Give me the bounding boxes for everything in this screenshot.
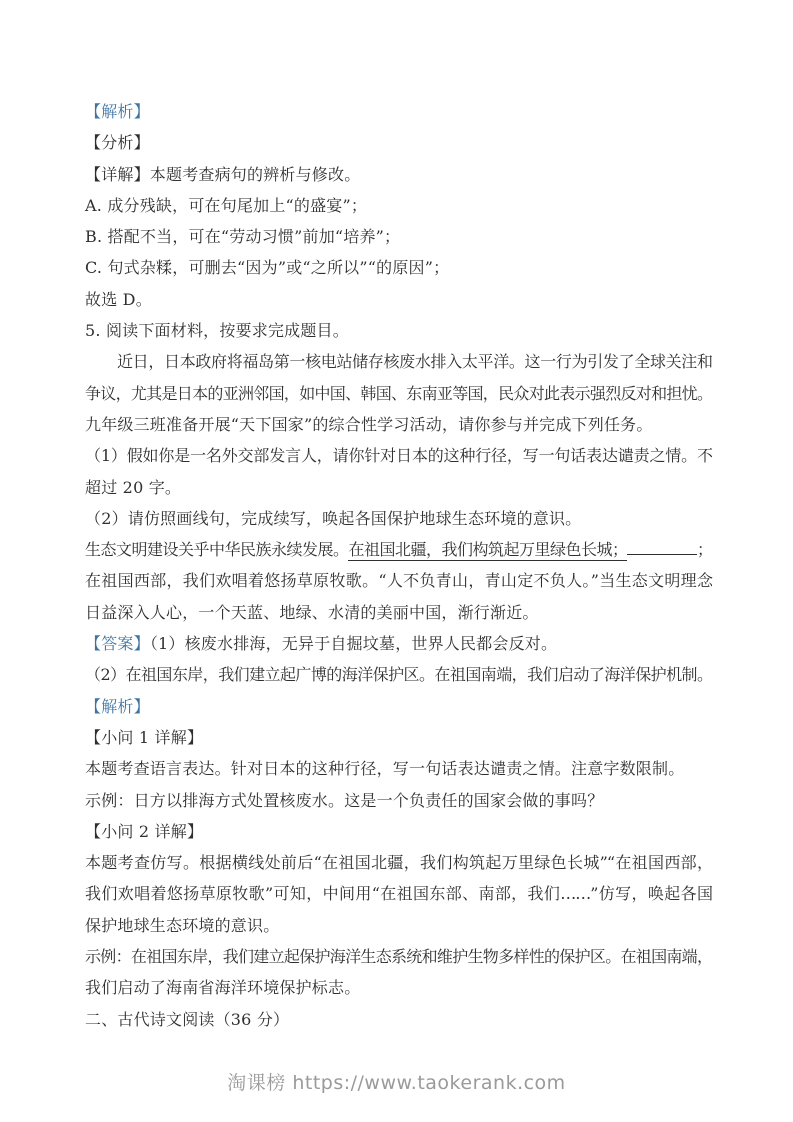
text-line: 生态文明建设关乎中华民族永续发展。在祖国北疆，我们构筑起万里绿色长城；； [85,534,712,565]
text-line: 5. 阅读下面材料，按要求完成题目。 [85,315,712,346]
text-line: 我们启动了海南省海洋环境保护标志。 [85,972,712,1003]
fill-in-blank [627,540,697,555]
text-run: 在祖国西部，我们欢唱着悠扬草原牧歌。“人不负青山，青山定不负人。”当生态文明理念 [85,571,712,590]
text-line: 保护地球生态环境的意识。 [85,910,712,941]
text-line: （2）在祖国东岸，我们建立起广博的海洋保护区。在祖国南端，我们启动了海洋保护机制… [85,659,712,690]
text-run: 示例：日方以排海方式处置核废水。这是一个负责任的国家会做的事吗？ [85,791,603,810]
text-run: 争议，尤其是日本的亚洲邻国，如中国、韩国、东南亚等国，民众对此表示强烈反对和担忧… [85,384,712,403]
text-line: 日益深入人心，一个天蓝、地绿、水清的美丽中国，渐行渐近。 [85,597,712,628]
text-run: 【详解】本题考查病句的辨析与修改。 [85,165,360,184]
text-run: 超过 20 字。 [85,478,181,497]
text-line: 超过 20 字。 [85,472,712,503]
text-line: 我们欢唱着悠扬草原牧歌”可知，中间用“在祖国东部、南部，我们……”仿写，唤起各国 [85,878,712,909]
text-run: （1）假如你是一名外交部发言人，请你针对日本的这种行径，写一句话表达谴责之情。不 [85,446,712,465]
text-run: 近日，日本政府将福岛第一核电站储存核废水排入太平洋。这一行为引发了全球关注和 [117,352,712,371]
text-line: 示例：日方以排海方式处置核废水。这是一个负责任的国家会做的事吗？ [85,785,712,816]
text-line: B. 搭配不当，可在“劳动习惯”前加“培养”； [85,221,712,252]
text-run: 示例：在祖国东岸，我们建立起保护海洋生态系统和维护生物多样性的保护区。在祖国南端… [85,947,712,966]
text-run: 故选 D。 [85,290,152,309]
text-line: 【分析】 [85,127,712,158]
text-run: B. 搭配不当，可在“劳动习惯”前加“培养”； [85,227,400,246]
text-run: 日益深入人心，一个天蓝、地绿、水清的美丽中国，渐行渐近。 [85,603,539,622]
text-run: 【分析】 [85,133,150,152]
watermark-footer: 淘课榜 https://www.taokerank.com [0,1068,793,1095]
text-run: 九年级三班准备开展“天下国家”的综合性学习活动，请你参与并完成下列任务。 [85,415,653,434]
text-line: 【解析】 [85,691,712,722]
text-run: 我们启动了海南省海洋环境保护标志。 [85,978,360,997]
text-line: 【详解】本题考查病句的辨析与修改。 [85,159,712,190]
text-run: 【小问 1 详解】 [85,728,203,747]
text-line: 二、古代诗文阅读（36 分） [85,1004,712,1035]
section-tag: 【答案】 [85,634,150,653]
text-line: 近日，日本政府将福岛第一核电站储存核废水排入太平洋。这一行为引发了全球关注和 [85,346,712,377]
text-line: 【答案】（1）核废水排海，无异于自掘坟墓，世界人民都会反对。 [85,628,712,659]
text-run: 本题考查语言表达。针对日本的这种行径，写一句话表达谴责之情。注意字数限制。 [85,759,684,778]
section-tag: 【解析】 [85,102,150,121]
text-run: 生态文明建设关乎中华民族永续发展。 [85,540,348,559]
section-tag: 【解析】 [85,697,150,716]
text-run: （1）核废水排海，无异于自掘坟墓，世界人民都会反对。 [150,634,557,653]
text-line: （1）假如你是一名外交部发言人，请你针对日本的这种行径，写一句话表达谴责之情。不 [85,440,712,471]
text-line: 在祖国西部，我们欢唱着悠扬草原牧歌。“人不负青山，青山定不负人。”当生态文明理念 [85,565,712,596]
text-run: 本题考查仿写。根据横线处前后“在祖国北疆，我们构筑起万里绿色长城”“在祖国西部， [85,853,712,872]
underlined-text: 在祖国北疆，我们构筑起万里绿色长城； [348,540,626,561]
document-page: 【解析】【分析】【详解】本题考查病句的辨析与修改。A. 成分残缺，可在句尾加上“… [0,0,793,1122]
text-run: （2）在祖国东岸，我们建立起广博的海洋保护区。在祖国南端，我们启动了海洋保护机制… [85,665,712,684]
text-run: 二、古代诗文阅读（36 分） [85,1010,289,1029]
text-line: 示例：在祖国东岸，我们建立起保护海洋生态系统和维护生物多样性的保护区。在祖国南端… [85,941,712,972]
text-line: 【小问 2 详解】 [85,816,712,847]
text-run: 我们欢唱着悠扬草原牧歌”可知，中间用“在祖国东部、南部，我们……”仿写，唤起各国 [85,884,712,903]
text-line: 本题考查语言表达。针对日本的这种行径，写一句话表达谴责之情。注意字数限制。 [85,753,712,784]
text-run: 【小问 2 详解】 [85,822,203,841]
text-run: A. 成分残缺，可在句尾加上“的盛宴”； [85,196,367,215]
text-line: 本题考查仿写。根据横线处前后“在祖国北疆，我们构筑起万里绿色长城”“在祖国西部， [85,847,712,878]
text-line: A. 成分残缺，可在句尾加上“的盛宴”； [85,190,712,221]
text-run: ； [697,540,712,559]
text-run: C. 句式杂糅，可删去“因为”或“之所以”“的原因”； [85,258,449,277]
document-body: 【解析】【分析】【详解】本题考查病句的辨析与修改。A. 成分残缺，可在句尾加上“… [85,96,712,1035]
text-line: C. 句式杂糅，可删去“因为”或“之所以”“的原因”； [85,252,712,283]
text-run: 保护地球生态环境的意识。 [85,916,279,935]
text-line: 【小问 1 详解】 [85,722,712,753]
text-line: 【解析】 [85,96,712,127]
text-line: 九年级三班准备开展“天下国家”的综合性学习活动，请你参与并完成下列任务。 [85,409,712,440]
text-line: （2）请仿照画线句，完成续写，唤起各国保护地球生态环境的意识。 [85,503,712,534]
text-run: （2）请仿照画线句，完成续写，唤起各国保护地球生态环境的意识。 [85,509,581,528]
text-line: 争议，尤其是日本的亚洲邻国，如中国、韩国、东南亚等国，民众对此表示强烈反对和担忧… [85,378,712,409]
text-line: 故选 D。 [85,284,712,315]
text-run: 5. 阅读下面材料，按要求完成题目。 [85,321,349,340]
